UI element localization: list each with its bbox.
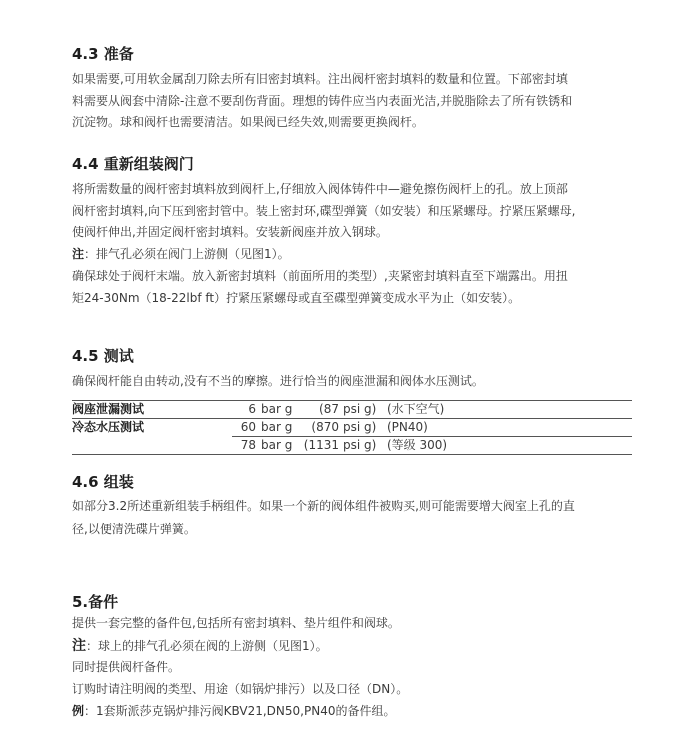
test-note: (水下空气) <box>387 401 632 419</box>
test-name: 阀座泄漏测试 <box>72 401 232 419</box>
bar-value: 6 <box>232 401 261 419</box>
psi-unit: psi g) <box>343 419 387 437</box>
psi-unit: psi g) <box>343 401 387 419</box>
section-heading-4-6: 4.6 组装 <box>72 471 134 492</box>
paragraph-line: 如部分3.2所述重新组装手柄组件。如果一个新的阀体组件被购买,则可能需要增大阀室… <box>72 497 575 514</box>
test-name: 冷态水压测试 <box>72 419 232 437</box>
section-heading-4-4: 4.4 重新组装阀门 <box>72 153 194 174</box>
paragraph-line: 径,以便清洗碟片弹簧。 <box>72 520 196 537</box>
note-label: 注 <box>72 638 86 654</box>
note-line: 注：排气孔必须在阀门上游侧（见图1）。 <box>72 245 290 262</box>
psi-value: (870 <box>303 419 343 437</box>
psi-value: (1131 <box>303 437 343 455</box>
test-name <box>72 437 232 455</box>
note-text: ：排气孔必须在阀门上游侧（见图1）。 <box>84 247 290 261</box>
bar-value: 78 <box>232 437 261 455</box>
note-label: 注 <box>72 247 84 261</box>
paragraph-line: 同时提供阀杆备件。 <box>72 658 180 675</box>
paragraph-line: 确保阀杆能自由转动,没有不当的摩擦。进行恰当的阀座泄漏和阀体水压测试。 <box>72 372 484 389</box>
paragraph-line: 料需要从阀套中清除-注意不要刮伤背面。理想的铸件应当内表面光洁,并脱脂除去了所有… <box>72 92 572 109</box>
bar-value: 60 <box>232 419 261 437</box>
paragraph-line: 如果需要,可用软金属刮刀除去所有旧密封填料。注出阀杆密封填料的数量和位置。下部密… <box>72 70 568 87</box>
paragraph-line: 将所需数量的阀杆密封填料放到阀杆上,仔细放入阀体铸件中—避免擦伤阀杆上的孔。放上… <box>72 180 568 197</box>
paragraph-line: 沉淀物。球和阀杆也需要清洁。如果阀已经失效,则需要更换阀杆。 <box>72 113 424 130</box>
paragraph-line: 矩24-30Nm（18-22lbf ft）拧紧压紧螺母或直至碟型弹簧变成水平为止… <box>72 289 520 306</box>
section-heading-5: 5.备件 <box>72 591 118 612</box>
psi-unit: psi g) <box>343 437 387 455</box>
table-row: 阀座泄漏测试 6 bar g (87 psi g) (水下空气) <box>72 401 632 419</box>
bar-unit: bar g <box>261 419 303 437</box>
note-text: ：球上的排气孔必须在阀的上游侧（见图1）。 <box>86 639 328 653</box>
paragraph-line: 使阀杆伸出,并固定阀杆密封填料。安装新阀座并放入钢球。 <box>72 223 388 240</box>
test-pressure-table: 阀座泄漏测试 6 bar g (87 psi g) (水下空气) 冷态水压测试 … <box>72 400 632 455</box>
bar-unit: bar g <box>261 401 303 419</box>
section-heading-4-5: 4.5 测试 <box>72 345 134 366</box>
paragraph-line: 确保球处于阀杆末端。放入新密封填料（前面所用的类型）,夹紧密封填料直至下端露出。… <box>72 267 568 284</box>
table-row: 冷态水压测试 60 bar g (870 psi g) (PN40) <box>72 419 632 437</box>
paragraph-line: 订购时请注明阀的类型、用途（如锅炉排污）以及口径（DN）。 <box>72 680 408 697</box>
paragraph-line: 提供一套完整的备件包,包括所有密封填料、垫片组件和阀球。 <box>72 614 400 631</box>
example-label: 例 <box>72 704 84 718</box>
paragraph-line: 阀杆密封填料,向下压到密封管中。装上密封环,碟型弹簧（如安装）和压紧螺母。拧紧压… <box>72 202 575 219</box>
example-line: 例：1套斯派莎克锅炉排污阀KBV21,DN50,PN40的备件组。 <box>72 702 395 719</box>
test-note: (PN40) <box>387 419 632 437</box>
bar-unit: bar g <box>261 437 303 455</box>
note-line: 注：球上的排气孔必须在阀的上游侧（见图1）。 <box>72 635 328 655</box>
table-row: 78 bar g (1131 psi g) (等级 300) <box>72 437 632 455</box>
example-text: ：1套斯派莎克锅炉排污阀KBV21,DN50,PN40的备件组。 <box>84 704 395 718</box>
section-heading-4-3: 4.3 准备 <box>72 43 134 64</box>
psi-value: (87 <box>303 401 343 419</box>
test-note: (等级 300) <box>387 437 632 455</box>
